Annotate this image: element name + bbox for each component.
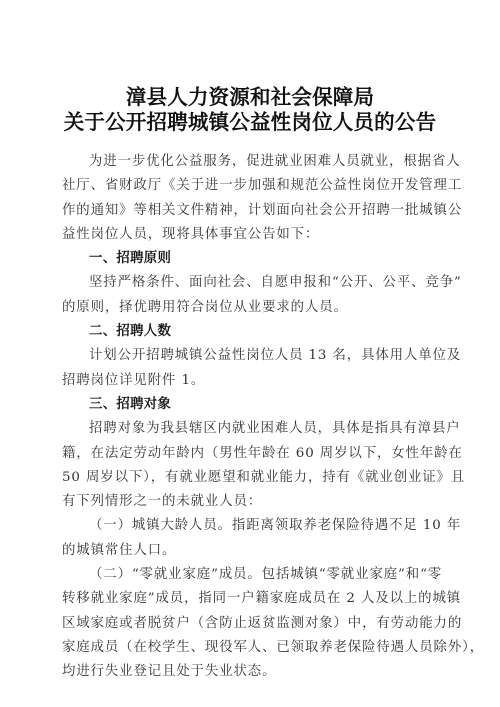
paragraph-line: （一）城镇大龄人员。指距离领取养老保险待遇不足 10 年 bbox=[62, 514, 437, 538]
target-item-zero-employment-family: （二）“零就业家庭”成员。包括城镇“零就业家庭”和“零 转移就业家庭”成员，指同… bbox=[62, 563, 437, 684]
paragraph-line: 区域家庭或者脱贫户（含防止返贫监测对象）中，有劳动能力的 bbox=[62, 612, 437, 636]
paragraph-line: 招聘岗位详见附件 1。 bbox=[62, 369, 437, 393]
paragraph-line: 家庭成员（在校学生、现役军人、已领取养老保险待遇人员除外）， bbox=[62, 636, 437, 660]
paragraph-line: 有下列情形之一的未就业人员： bbox=[62, 490, 437, 514]
document-title-line-2: 关于公开招聘城镇公益性岗位人员的公告 bbox=[0, 105, 500, 135]
target-item-older-urban: （一）城镇大龄人员。指距离领取养老保险待遇不足 10 年 的城镇常住人口。 bbox=[62, 514, 437, 563]
section-heading-targets: 三、招聘对象 bbox=[62, 393, 437, 417]
paragraph-line: 社厅、省财政厅《关于进一步加强和规范公益性岗位开发管理工 bbox=[62, 174, 437, 198]
paragraph-line: （二）“零就业家庭”成员。包括城镇“零就业家庭”和“零 bbox=[62, 563, 437, 587]
targets-paragraph: 招聘对象为我县辖区内就业困难人员，具体是指具有漳县户 籍，在法定劳动年龄内（男性… bbox=[62, 417, 437, 514]
paragraph-line: 的城镇常住人口。 bbox=[62, 539, 437, 563]
paragraph-line: 坚持严格条件、面向社会、自愿申报和“公开、公平、竞争” bbox=[62, 271, 437, 295]
paragraph-line: 为进一步优化公益服务，促进就业困难人员就业，根据省人 bbox=[62, 150, 437, 174]
paragraph-line: 籍，在法定劳动年龄内（男性年龄在 60 周岁以下，女性年龄在 bbox=[62, 442, 437, 466]
paragraph-line: 招聘对象为我县辖区内就业困难人员，具体是指具有漳县户 bbox=[62, 417, 437, 441]
headcount-paragraph: 计划公开招聘城镇公益性岗位人员 13 名，具体用人单位及 招聘岗位详见附件 1。 bbox=[62, 344, 437, 393]
paragraph-line: 转移就业家庭”成员，指同一户籍家庭成员在 2 人及以上的城镇 bbox=[62, 587, 437, 611]
document-body: 为进一步优化公益服务，促进就业困难人员就业，根据省人 社厅、省财政厅《关于进一步… bbox=[62, 150, 437, 685]
document-page: 漳县人力资源和社会保障局 关于公开招聘城镇公益性岗位人员的公告 为进一步优化公益… bbox=[0, 0, 500, 707]
paragraph-line: 50 周岁以下），有就业愿望和就业能力，持有《就业创业证》且 bbox=[62, 466, 437, 490]
paragraph-line: 益性岗位人员，现将具体事宜公告如下： bbox=[62, 223, 437, 247]
section-heading-headcount: 二、招聘人数 bbox=[62, 320, 437, 344]
paragraph-line: 作的通知》等相关文件精神，计划面向社会公开招聘一批城镇公 bbox=[62, 199, 437, 223]
paragraph-line: 计划公开招聘城镇公益性岗位人员 13 名，具体用人单位及 bbox=[62, 344, 437, 368]
paragraph-line: 的原则，择优聘用符合岗位从业要求的人员。 bbox=[62, 296, 437, 320]
principles-paragraph: 坚持严格条件、面向社会、自愿申报和“公开、公平、竞争” 的原则，择优聘用符合岗位… bbox=[62, 271, 437, 320]
section-heading-principles: 一、招聘原则 bbox=[62, 247, 437, 271]
paragraph-line: 均进行失业登记且处于失业状态。 bbox=[62, 660, 437, 684]
intro-paragraph: 为进一步优化公益服务，促进就业困难人员就业，根据省人 社厅、省财政厅《关于进一步… bbox=[62, 150, 437, 247]
